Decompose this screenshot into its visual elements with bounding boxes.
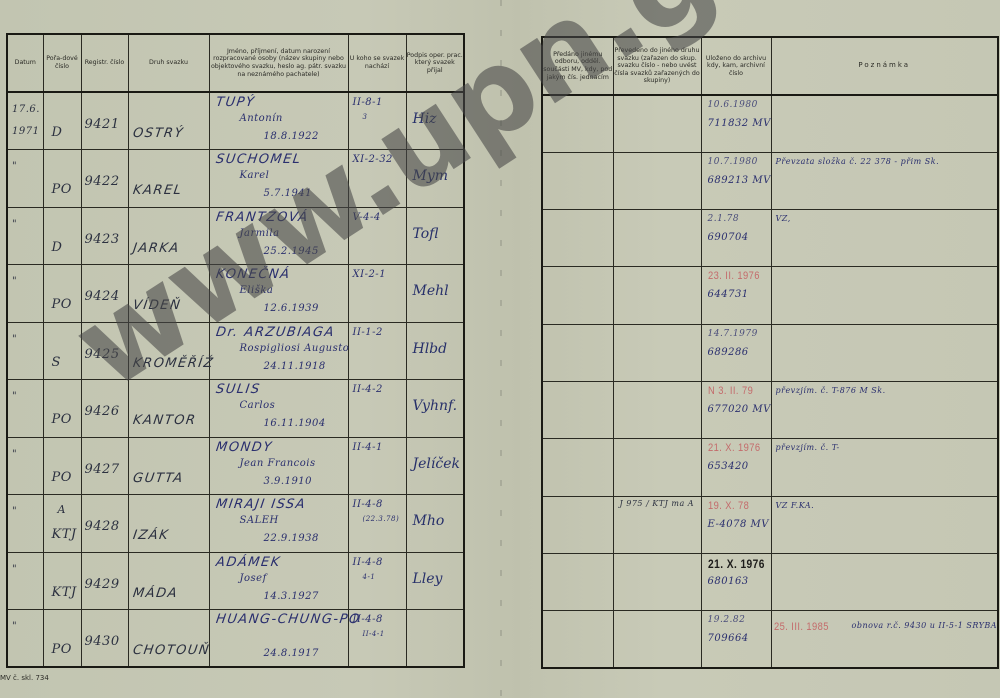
poznamka-text: obnova r.č. 9430 u II-5-1 SRYBA <box>852 621 998 630</box>
cell-predano <box>542 267 613 324</box>
u-koho: II-4-1 <box>353 442 383 453</box>
cell-podpis: Hlbd <box>406 322 464 380</box>
cell-u-koho: II-4-2 <box>348 380 406 438</box>
cell-datum: " <box>7 610 43 668</box>
archiv-stamp: 19. X. 78 <box>708 500 749 512</box>
cell-poradove: AKTJ <box>43 495 81 553</box>
cell-prevedeno <box>613 95 701 152</box>
prevedeno: J 975 / KTJ ma A <box>620 499 695 508</box>
jmeno: HUANG-CHUNG-PO <box>214 612 361 627</box>
jmeno-krestni: Eliška <box>240 285 274 296</box>
cell-druh: GUTTA <box>128 437 209 495</box>
header-podpis: Podpis oper. prac. který svazek přijal <box>406 34 464 92</box>
cell-poznamka: VZ, <box>771 210 998 267</box>
cell-registr: 9426 <box>81 380 128 438</box>
cell-datum: 17.6. 1971 <box>7 92 43 150</box>
form-code: MV č. skl. 734 <box>0 674 49 682</box>
druh-svazku: CHOTOUŇ <box>131 643 210 658</box>
poznamka-text: VZ, <box>776 214 791 223</box>
poznamka-text: převzjím. č. T-876 M Sk. <box>776 386 886 395</box>
jmeno-krestni: Antonín <box>240 113 283 124</box>
cell-registr: 9424 <box>81 265 128 323</box>
table-row: 10.7.1980 689213 MV Převzata složka č. 2… <box>542 152 998 209</box>
jmeno-krestni: Rospigliosi Augusto <box>240 343 350 354</box>
registr-cislo: 9428 <box>85 519 120 534</box>
table-row: " PO 9424 VÍDEŇ KONEČNÁ Eliška 12.6.1939… <box>7 265 464 323</box>
registr-cislo: 9429 <box>85 577 120 592</box>
datum-narozeni: 22.9.1938 <box>264 533 319 544</box>
cell-ulozeno: N 3. II. 79 677020 MV <box>701 381 771 438</box>
cell-datum: " <box>7 265 43 323</box>
druh-svazku: VÍDEŇ <box>131 298 181 313</box>
cell-jmeno: MIRAJI ISSA SALEH 22.9.1938 <box>209 495 348 553</box>
druh-svazku: KANTOR <box>131 413 196 428</box>
header-datum: Datum <box>7 34 43 92</box>
cell-prevedeno <box>613 553 701 610</box>
cell-jmeno: HUANG-CHUNG-PO 24.8.1917 <box>209 610 348 668</box>
podpis-signature: Tofl <box>413 226 439 242</box>
cell-registr: 9428 <box>81 495 128 553</box>
poradove-cislo: D <box>52 240 63 255</box>
table-row: 17.6. 1971 D 9421 OSTRÝ TUPÝ Antonín 18.… <box>7 92 464 150</box>
datum-narozeni: 24.11.1918 <box>264 361 326 372</box>
table-row: " PO 9426 KANTOR SULIS Carlos 16.11.1904… <box>7 380 464 438</box>
cell-poradove: D <box>43 207 81 265</box>
poradove-cislo: KTJ <box>52 585 77 600</box>
cell-podpis <box>406 610 464 668</box>
archiv-cislo: 680163 <box>708 576 749 587</box>
cell-ulozeno: 10.7.1980 689213 MV <box>701 152 771 209</box>
podpis-signature: Hiz <box>413 111 437 127</box>
archiv-stamp: 21. X. 1976 <box>708 557 765 571</box>
cell-poznamka <box>771 324 998 381</box>
archiv-cislo: 711832 MV <box>708 118 771 129</box>
u-koho: II-4-8 <box>353 499 383 510</box>
u-koho: XI-2-1 <box>353 269 387 280</box>
cell-u-koho: II-8-1 3 <box>348 92 406 150</box>
cell-predano <box>542 611 613 668</box>
cell-predano <box>542 324 613 381</box>
archiv-stamp: 21. X. 1976 <box>708 442 761 454</box>
jmeno-krestni: Jarmila <box>240 228 280 239</box>
archiv-stamp: N 3. II. 79 <box>708 385 753 397</box>
registr-cislo: 9427 <box>85 462 120 477</box>
datum: " <box>12 616 42 638</box>
cell-registr: 9429 <box>81 552 128 610</box>
table-row: J 975 / KTJ ma A 19. X. 78 E-4078 MV VZ … <box>542 496 998 553</box>
header-poznamka: Poznámka <box>771 37 998 95</box>
cell-predano <box>542 210 613 267</box>
datum-narozeni: 18.8.1922 <box>264 131 319 142</box>
jmeno: MONDY <box>214 440 273 455</box>
podpis-signature: Mho <box>413 513 445 529</box>
podpis-signature: Mehl <box>413 283 449 299</box>
cell-podpis: Vyhnf. <box>406 380 464 438</box>
datum: " <box>12 214 42 236</box>
cell-poznamka: 25. III. 1985 obnova r.č. 9430 u II-5-1 … <box>771 611 998 668</box>
table-row: " D 9423 JARKA FRANTZOVÁ Jarmila 25.2.19… <box>7 207 464 265</box>
archiv-cislo: 689286 <box>708 347 749 358</box>
cell-prevedeno <box>613 267 701 324</box>
datum: " <box>12 329 42 351</box>
cell-datum: " <box>7 207 43 265</box>
table-row: " AKTJ 9428 IZÁK MIRAJI ISSA SALEH 22.9.… <box>7 495 464 553</box>
table-row: N 3. II. 79 677020 MV převzjím. č. T-876… <box>542 381 998 438</box>
druh-svazku: IZÁK <box>131 528 169 543</box>
archiv-cislo: 709664 <box>708 633 749 644</box>
u-koho: II-4-2 <box>353 384 383 395</box>
cell-podpis: Mho <box>406 495 464 553</box>
cell-datum: " <box>7 380 43 438</box>
cell-druh: JARKA <box>128 207 209 265</box>
cell-druh: KAREL <box>128 150 209 208</box>
datum: " <box>12 501 42 523</box>
cell-jmeno: SULIS Carlos 16.11.1904 <box>209 380 348 438</box>
header-u-koho: U koho se svazek nachází <box>348 34 406 92</box>
cell-poradove: PO <box>43 380 81 438</box>
cell-predano <box>542 439 613 496</box>
archiv-cislo: 690704 <box>708 232 749 243</box>
cell-poradove: D <box>43 92 81 150</box>
poradove-cislo: D <box>52 125 63 140</box>
cell-druh: VÍDEŇ <box>128 265 209 323</box>
cell-jmeno: FRANTZOVÁ Jarmila 25.2.1945 <box>209 207 348 265</box>
registr-cislo: 9425 <box>85 347 120 362</box>
cell-u-koho: II-4-8 II-4-1 <box>348 610 406 668</box>
u-koho: V-4-4 <box>353 212 381 223</box>
u-koho-2: II-4-1 <box>363 630 385 638</box>
datum: 17.6. 1971 <box>12 99 42 143</box>
cell-jmeno: ADÁMEK Josef 14.3.1927 <box>209 552 348 610</box>
header-jmeno: Jméno, příjmení, datum narození rozpraco… <box>209 34 348 92</box>
cell-u-koho: II-4-8 4-1 <box>348 552 406 610</box>
druh-svazku: GUTTA <box>131 471 184 486</box>
cell-predano <box>542 381 613 438</box>
jmeno: Dr. ARZUBIAGA <box>214 325 335 340</box>
datum: " <box>12 271 42 293</box>
cell-prevedeno <box>613 611 701 668</box>
table-row: " S 9425 KROMĚŘÍŽ Dr. ARZUBIAGA Rospigli… <box>7 322 464 380</box>
datum: " <box>12 386 42 408</box>
cell-u-koho: II-4-1 <box>348 437 406 495</box>
cell-datum: " <box>7 552 43 610</box>
registr-cislo: 9423 <box>85 232 120 247</box>
datum: " <box>12 156 42 178</box>
datum-narozeni: 5.7.1941 <box>264 188 313 199</box>
cell-registr: 9423 <box>81 207 128 265</box>
cell-poradove: S <box>43 322 81 380</box>
podpis-signature: Hlbd <box>413 341 448 357</box>
registr-cislo: 9421 <box>85 117 120 132</box>
jmeno: MIRAJI ISSA <box>214 497 306 512</box>
jmeno: KONEČNÁ <box>214 267 291 282</box>
left-ledger-table: Datum Pořa-dové číslo Registr. číslo Dru… <box>6 33 465 668</box>
archiv-cislo: 677020 MV <box>708 404 771 415</box>
header-registr-cislo: Registr. číslo <box>81 34 128 92</box>
cell-poznamka <box>771 267 998 324</box>
cell-poznamka: Převzata složka č. 22 378 - přim Sk. <box>771 152 998 209</box>
cell-poznamka: převzjím. č. T- <box>771 439 998 496</box>
cell-ulozeno: 19. X. 78 E-4078 MV <box>701 496 771 553</box>
table-row: 2.1.78 690704 VZ, <box>542 210 998 267</box>
header-predano: Předáno jinému odboru, odděl. součásti M… <box>542 37 613 95</box>
poznamka-text: Převzata složka č. 22 378 - přim Sk. <box>776 157 940 166</box>
cell-podpis: Jelíček <box>406 437 464 495</box>
poradove-cislo: PO <box>52 642 72 657</box>
datum-narozeni: 16.11.1904 <box>264 418 326 429</box>
cell-predano <box>542 95 613 152</box>
podpis-signature: Mym <box>413 168 449 184</box>
archiv-cislo: 644731 <box>708 289 749 300</box>
jmeno: SUCHOMEL <box>214 152 302 167</box>
cell-prevedeno <box>613 324 701 381</box>
podpis-signature: Jelíček <box>413 456 460 472</box>
archiv-stamp: 23. II. 1976 <box>708 270 760 282</box>
cell-ulozeno: 19.2.82 709664 <box>701 611 771 668</box>
u-koho: II-8-1 <box>353 97 383 108</box>
druh-svazku: KAREL <box>131 183 183 198</box>
u-koho: II-4-8 <box>353 614 383 625</box>
cell-jmeno: KONEČNÁ Eliška 12.6.1939 <box>209 265 348 323</box>
datum: " <box>12 444 42 466</box>
jmeno: TUPÝ <box>214 95 255 110</box>
registr-cislo: 9422 <box>85 174 120 189</box>
table-row: " PO 9422 KAREL SUCHOMEL Karel 5.7.1941 … <box>7 150 464 208</box>
cell-poradove: PO <box>43 437 81 495</box>
cell-u-koho: II-4-8 (22.3.78) <box>348 495 406 553</box>
book-spine <box>500 0 502 698</box>
datum-narozeni: 25.2.1945 <box>264 246 319 257</box>
registr-cislo: 9426 <box>85 404 120 419</box>
cell-poradove: PO <box>43 610 81 668</box>
cell-jmeno: TUPÝ Antonín 18.8.1922 <box>209 92 348 150</box>
cell-registr: 9425 <box>81 322 128 380</box>
jmeno-krestni: SALEH <box>240 515 279 526</box>
cell-podpis: Lley <box>406 552 464 610</box>
table-row: " PO 9430 CHOTOUŇ HUANG-CHUNG-PO 24.8.19… <box>7 610 464 668</box>
archiv-datum: 19.2.82 <box>708 615 746 625</box>
datum: " <box>12 559 42 581</box>
table-row: 10.6.1980 711832 MV <box>542 95 998 152</box>
poradove-cislo: PO <box>52 470 72 485</box>
archiv-datum: 14.7.1979 <box>708 329 758 339</box>
cell-ulozeno: 21. X. 1976 680163 <box>701 553 771 610</box>
cell-poradove: KTJ <box>43 552 81 610</box>
cell-ulozeno: 10.6.1980 711832 MV <box>701 95 771 152</box>
header-ulozeno: Uloženo do archivu kdy, kam, archivní čí… <box>701 37 771 95</box>
cell-u-koho: XI-2-32 <box>348 150 406 208</box>
cell-druh: MÁDA <box>128 552 209 610</box>
jmeno: SULIS <box>214 382 261 397</box>
cell-poznamka <box>771 553 998 610</box>
poznamka-stamp: 25. III. 1985 <box>774 621 829 633</box>
table-row: 19.2.82 709664 25. III. 1985 obnova r.č.… <box>542 611 998 668</box>
registr-cislo: 9424 <box>85 289 120 304</box>
right-header-row: Předáno jinému odboru, odděl. součásti M… <box>542 37 998 95</box>
cell-podpis: Hiz <box>406 92 464 150</box>
u-koho-2: 3 <box>363 113 368 121</box>
cell-u-koho: V-4-4 <box>348 207 406 265</box>
cell-podpis: Tofl <box>406 207 464 265</box>
cell-prevedeno <box>613 152 701 209</box>
table-row: 23. II. 1976 644731 <box>542 267 998 324</box>
podpis-signature: Lley <box>413 571 443 587</box>
archiv-datum: 10.7.1980 <box>708 157 758 167</box>
u-koho-2: 4-1 <box>363 573 376 581</box>
cell-registr: 9430 <box>81 610 128 668</box>
druh-svazku: OSTRÝ <box>131 126 184 141</box>
cell-jmeno: Dr. ARZUBIAGA Rospigliosi Augusto 24.11.… <box>209 322 348 380</box>
cell-datum: " <box>7 437 43 495</box>
right-ledger-table: Předáno jinému odboru, odděl. součásti M… <box>541 36 999 669</box>
poznamka-text: převzjím. č. T- <box>776 443 840 452</box>
jmeno-krestni: Carlos <box>240 400 276 411</box>
cell-u-koho: XI-2-1 <box>348 265 406 323</box>
archiv-datum: 10.6.1980 <box>708 100 758 110</box>
druh-svazku: JARKA <box>131 241 180 256</box>
cell-predano <box>542 152 613 209</box>
archiv-cislo: 653420 <box>708 461 749 472</box>
cell-prevedeno <box>613 439 701 496</box>
cell-registr: 9422 <box>81 150 128 208</box>
jmeno-krestni: Karel <box>240 170 270 181</box>
registr-cislo: 9430 <box>85 634 120 649</box>
cell-datum: " <box>7 322 43 380</box>
poradove-cislo: PO <box>52 182 72 197</box>
header-poradove-cislo: Pořa-dové číslo <box>43 34 81 92</box>
table-row: 21. X. 1976 653420 převzjím. č. T- <box>542 439 998 496</box>
jmeno-krestni: Josef <box>240 573 267 584</box>
druh-svazku: MÁDA <box>131 586 178 601</box>
cell-poradove: PO <box>43 150 81 208</box>
cell-ulozeno: 14.7.1979 689286 <box>701 324 771 381</box>
datum-narozeni: 14.3.1927 <box>264 591 319 602</box>
u-koho: II-4-8 <box>353 557 383 568</box>
jmeno: ADÁMEK <box>214 555 281 570</box>
archiv-datum: 2.1.78 <box>708 214 740 224</box>
cell-prevedeno <box>613 381 701 438</box>
cell-poznamka: převzjím. č. T-876 M Sk. <box>771 381 998 438</box>
cell-druh: OSTRÝ <box>128 92 209 150</box>
cell-ulozeno: 21. X. 1976 653420 <box>701 439 771 496</box>
datum-narozeni: 24.8.1917 <box>264 648 319 659</box>
cell-ulozeno: 2.1.78 690704 <box>701 210 771 267</box>
cell-druh: IZÁK <box>128 495 209 553</box>
cell-poradove: PO <box>43 265 81 323</box>
cell-jmeno: MONDY Jean Francois 3.9.1910 <box>209 437 348 495</box>
cell-druh: KANTOR <box>128 380 209 438</box>
podpis-signature: Vyhnf. <box>413 398 458 414</box>
u-koho: XI-2-32 <box>353 154 393 165</box>
archiv-cislo: E-4078 MV <box>708 519 769 530</box>
cell-druh: CHOTOUŇ <box>128 610 209 668</box>
cell-datum: " <box>7 150 43 208</box>
jmeno-krestni: Jean Francois <box>240 458 316 469</box>
poradove-cislo: S <box>52 355 61 370</box>
poradove-sup: A <box>58 503 66 516</box>
header-prevedeno: Převedeno do jiného druhu svazku (zařaze… <box>613 37 701 95</box>
u-koho-2: (22.3.78) <box>363 515 400 523</box>
table-row: 14.7.1979 689286 <box>542 324 998 381</box>
poradove-cislo: PO <box>52 297 72 312</box>
cell-prevedeno <box>613 210 701 267</box>
cell-datum: " <box>7 495 43 553</box>
druh-svazku: KROMĚŘÍŽ <box>131 356 214 371</box>
jmeno: FRANTZOVÁ <box>214 210 309 225</box>
left-header-row: Datum Pořa-dové číslo Registr. číslo Dru… <box>7 34 464 92</box>
cell-predano <box>542 553 613 610</box>
table-row: " KTJ 9429 MÁDA ADÁMEK Josef 14.3.1927 I… <box>7 552 464 610</box>
cell-poznamka: VZ F.KA. <box>771 496 998 553</box>
datum-narozeni: 12.6.1939 <box>264 303 319 314</box>
cell-ulozeno: 23. II. 1976 644731 <box>701 267 771 324</box>
cell-u-koho: II-1-2 <box>348 322 406 380</box>
cell-podpis: Mehl <box>406 265 464 323</box>
u-koho: II-1-2 <box>353 327 383 338</box>
poradove-cislo: KTJ <box>52 527 77 542</box>
cell-prevedeno: J 975 / KTJ ma A <box>613 496 701 553</box>
table-row: 21. X. 1976 680163 <box>542 553 998 610</box>
cell-podpis: Mym <box>406 150 464 208</box>
poznamka-text: VZ F.KA. <box>776 501 815 510</box>
table-row: " PO 9427 GUTTA MONDY Jean Francois 3.9.… <box>7 437 464 495</box>
cell-registr: 9427 <box>81 437 128 495</box>
cell-registr: 9421 <box>81 92 128 150</box>
datum-narozeni: 3.9.1910 <box>264 476 313 487</box>
header-druh-svazku: Druh svazku <box>128 34 209 92</box>
cell-jmeno: SUCHOMEL Karel 5.7.1941 <box>209 150 348 208</box>
poradove-cislo: PO <box>52 412 72 427</box>
cell-predano <box>542 496 613 553</box>
cell-druh: KROMĚŘÍŽ <box>128 322 209 380</box>
archiv-cislo: 689213 MV <box>708 175 771 186</box>
cell-poznamka <box>771 95 998 152</box>
